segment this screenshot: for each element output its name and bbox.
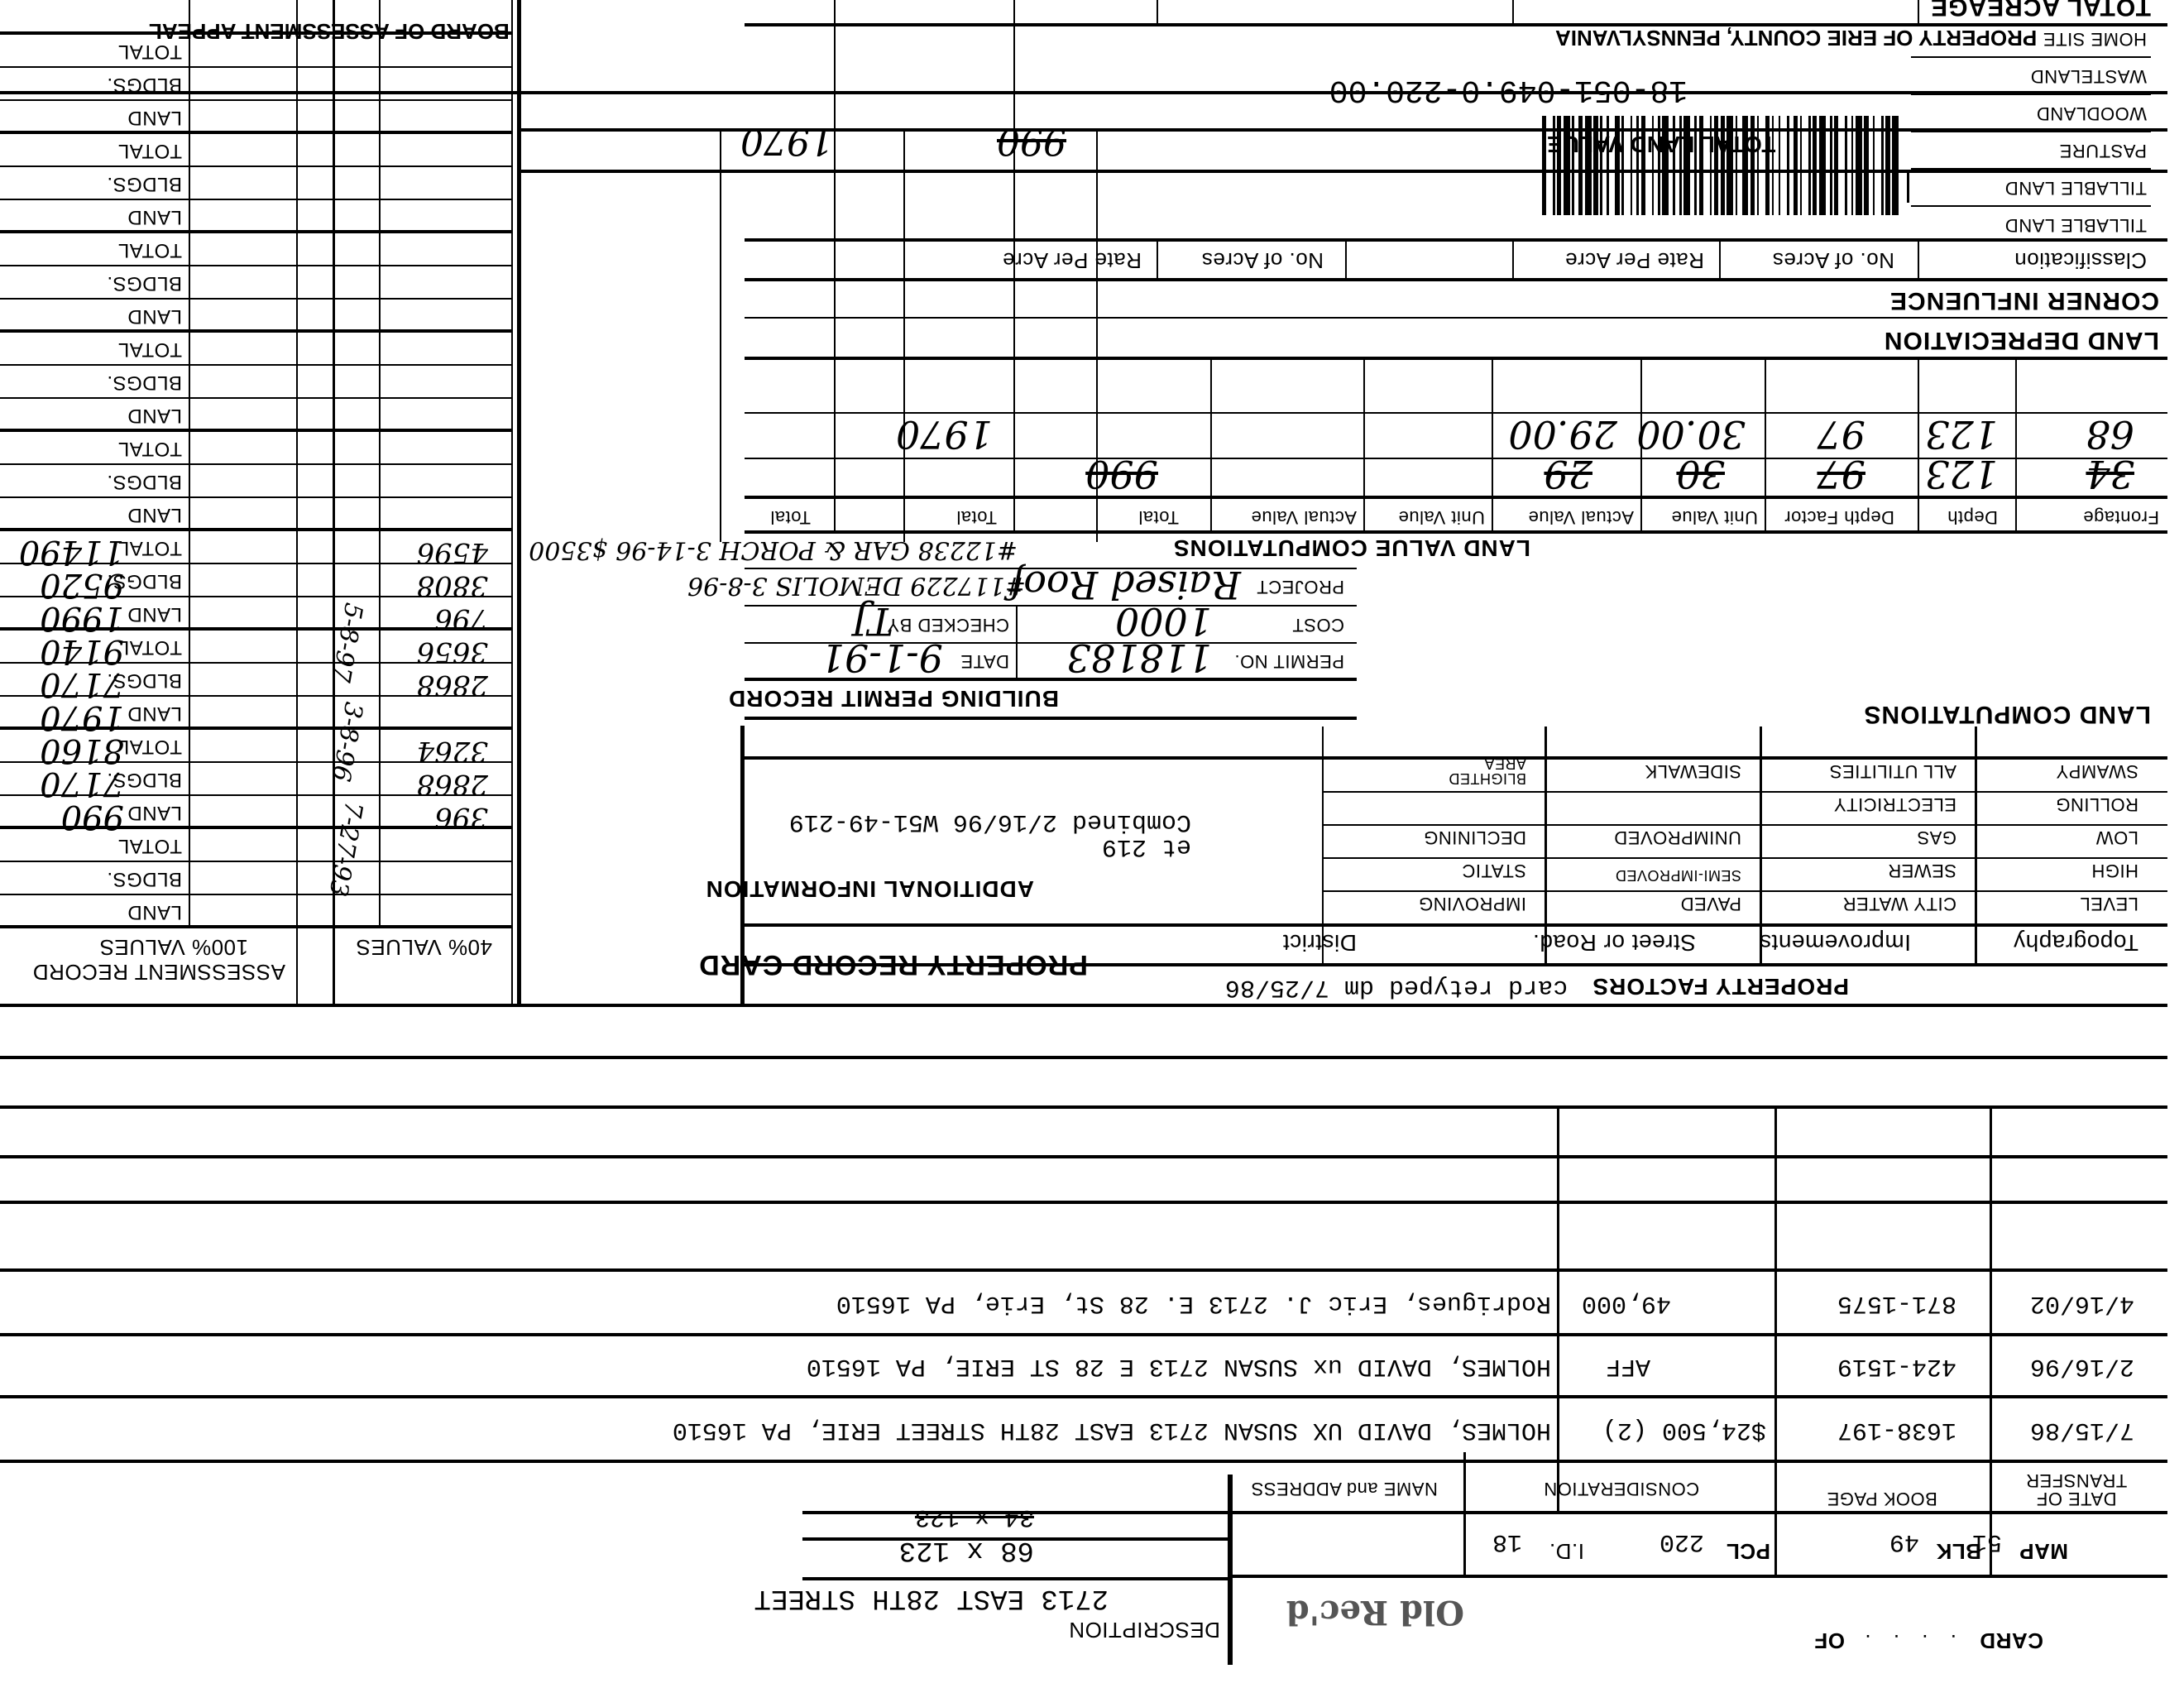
land-depreciation-title: LAND DEPRECIATION xyxy=(1884,326,2159,354)
rule xyxy=(802,1511,2167,1514)
rule xyxy=(745,357,2167,360)
rule xyxy=(296,0,298,1007)
rule xyxy=(1765,360,1766,534)
rule xyxy=(0,329,513,333)
rule xyxy=(0,199,513,200)
district-improving[interactable]: IMPROVING xyxy=(1419,893,1526,914)
rule xyxy=(0,131,513,134)
assessment-date: 7-27-93 xyxy=(323,799,368,899)
rule xyxy=(0,265,513,266)
lv-row2-depth-factor: 97 xyxy=(1817,412,1865,457)
rule xyxy=(1492,360,1493,534)
assessment-100-value: 7170 xyxy=(40,665,124,703)
assessment-divider xyxy=(517,0,521,1007)
lv-header-unit-value-2: Unit Value xyxy=(1398,506,1485,528)
pcl-value: 220 xyxy=(1660,1527,1704,1556)
rule xyxy=(745,458,2167,459)
assessment-row-label: TOTAL xyxy=(117,338,182,361)
assessment-row-label: LAND xyxy=(127,900,182,923)
rule xyxy=(0,1056,2167,1059)
rule xyxy=(1918,0,1919,26)
blk-label: BLK xyxy=(1936,1538,1981,1564)
building-permit-title: BUILDING PERMIT RECORD xyxy=(728,685,1059,712)
transfer-row-3-name: Rodrigues, Eric J. 2713 E. 28 St, Erie, … xyxy=(836,1289,1551,1317)
topo-low[interactable]: LOW xyxy=(2095,827,2138,848)
rule xyxy=(1512,0,1514,26)
rule xyxy=(0,1201,2167,1204)
retyped-note: card retyped dm 7/25/86 xyxy=(1225,973,1568,1001)
rule xyxy=(1975,727,1977,966)
acreage-row-tillable-1: TILLABLE LAND xyxy=(2004,214,2147,236)
assessment-row-label: LAND xyxy=(127,205,182,228)
rule xyxy=(0,66,513,68)
transfer-name-header: NAME and ADDRESS xyxy=(1233,1478,1456,1499)
land-computations-title: LAND COMPUTATIONS xyxy=(1863,700,2151,728)
transfer-row-2-bookpage: 424-1519 xyxy=(1837,1352,1956,1380)
id-label: I.D. xyxy=(1549,1538,1584,1564)
transfer-row-3-date: 4/16/02 xyxy=(2030,1289,2134,1317)
rule xyxy=(1911,56,2151,58)
card-of-label: OF xyxy=(1814,1628,1845,1653)
permit-checked-label: CHECKED BY xyxy=(887,614,1009,635)
rule xyxy=(0,1395,2167,1398)
rule xyxy=(0,463,513,465)
property-record-card: CARD OF . . . . Old Rec'd DESCRIPTION 27… xyxy=(0,0,2184,1688)
rule xyxy=(0,925,513,928)
street-semi-improved[interactable]: SEMI-IMPROVED xyxy=(1615,866,1741,884)
assessment-row-label: TOTAL xyxy=(117,635,182,659)
acreage-row-tillable-2: TILLABLE LAND xyxy=(2004,177,2147,199)
rule xyxy=(1324,890,2167,892)
rule xyxy=(745,923,1357,927)
card-dots: . . . . xyxy=(1856,1629,1956,1655)
assessment-40-value: 3264 xyxy=(416,735,488,768)
rule xyxy=(1918,242,1919,281)
assessment-40-value: 3656 xyxy=(416,635,488,669)
permit-no-label: PERMIT NO. xyxy=(1234,650,1344,672)
assessment-row-label: BLDGS. xyxy=(107,371,182,394)
description-label: DESCRIPTION xyxy=(1069,1617,1220,1642)
id-value: 18 xyxy=(1492,1527,1522,1556)
assessment-100-value: 990 xyxy=(61,798,124,836)
lv-header-actual-value-2: Actual Value xyxy=(1251,506,1357,528)
rule xyxy=(0,861,513,862)
lv-header-actual-value: Actual Value xyxy=(1528,506,1634,528)
assessment-40-value: 396 xyxy=(434,801,488,834)
lv-row2-actual-value: 29.00 xyxy=(1508,412,1617,457)
impr-electricity[interactable]: ELECTRICITY xyxy=(1833,794,1956,815)
impr-city-water[interactable]: CITY WATER xyxy=(1842,893,1956,914)
assessment-row-label: BLDGS. xyxy=(107,470,182,493)
rule xyxy=(745,642,1357,644)
acreage-header-acres-1: No. of Acres xyxy=(1772,247,1894,273)
assessment-row-label: BLDGS. xyxy=(107,172,182,195)
rule xyxy=(1774,1109,1777,1514)
transfer-row-2-name: HOLMES, DAVID ux SUSAN 2713 E 28 ST ERIE… xyxy=(807,1352,1551,1380)
assessment-row-label: BLDGS. xyxy=(107,73,182,96)
acreage-row-pasture: PASTURE xyxy=(2059,140,2147,161)
property-record-card-title: PROPERTY RECORD CARD xyxy=(698,948,1088,981)
description-dims-old: 34 x 123 xyxy=(915,1503,1034,1531)
rule xyxy=(0,1460,2167,1463)
barcode-text: 18-051-049.0-220.00 xyxy=(1329,72,1688,108)
topo-high[interactable]: HIGH xyxy=(2091,860,2138,881)
street-unimproved[interactable]: UNIMPROVED xyxy=(1614,827,1741,848)
assessment-row-label: LAND xyxy=(127,404,182,427)
permit-note-2: #12238 GAR & PORCH 3-14-96 $3500 xyxy=(529,535,1018,564)
transfer-row-2-date: 2/16/96 xyxy=(2030,1352,2134,1380)
rule xyxy=(745,278,2167,281)
topo-swampy[interactable]: SWAMPY xyxy=(2056,760,2138,782)
rule xyxy=(1990,1109,1992,1514)
rule xyxy=(1463,1452,1466,1576)
col-100-values: 100% VALUES xyxy=(99,934,248,960)
rule xyxy=(745,23,2167,26)
acreage-row-woodland: WOODLAND xyxy=(2036,103,2147,124)
assessment-100-value: 8160 xyxy=(40,731,124,770)
col-improvements: Improvements xyxy=(1760,929,1911,956)
assessment-row-label: TOTAL xyxy=(117,139,182,162)
assessment-40-value: 4596 xyxy=(416,536,488,569)
transfer-consideration-header: CONSIDERATION xyxy=(1468,1478,1774,1499)
map-label: MAP xyxy=(2019,1538,2068,1564)
transfer-row-3-consideration: 49,000 xyxy=(1582,1289,1671,1317)
transfer-bookpage-header: BOOK PAGE xyxy=(1787,1489,1977,1508)
assessment-100-value: 1970 xyxy=(40,698,124,736)
rule xyxy=(745,317,2167,319)
rule xyxy=(1911,205,2151,207)
assessment-row-label: TOTAL xyxy=(117,834,182,857)
additional-info-line-2: Combined 2/16/96 W51-49-219 xyxy=(789,808,1191,836)
rule xyxy=(0,364,513,366)
permit-cost-label: COST xyxy=(1292,614,1344,635)
impr-all-utilities[interactable]: ALL UTILITIES xyxy=(1829,760,1956,782)
col-topography: Topography xyxy=(2014,929,2138,956)
rule xyxy=(1157,0,1158,26)
district-declining[interactable]: DECLINING xyxy=(1424,827,1526,848)
rule xyxy=(2015,360,2017,534)
col-40-values: 40% VALUES xyxy=(356,934,492,960)
card-label: CARD xyxy=(1980,1628,2043,1653)
assessment-row-label: BLDGS. xyxy=(107,271,182,295)
assessment-100-value: 9520 xyxy=(40,566,124,604)
assessment-row-label: LAND xyxy=(127,702,182,725)
rule xyxy=(0,31,513,35)
rule xyxy=(0,894,513,895)
lv-header-total-3: Total xyxy=(770,506,811,528)
rule xyxy=(1324,857,2167,859)
rule xyxy=(1918,360,1919,534)
rule xyxy=(802,1537,1233,1541)
rule xyxy=(1512,242,1514,281)
lv-header-frontage: Frontage xyxy=(2083,506,2159,528)
assessment-100-value: 7170 xyxy=(40,765,124,803)
rule xyxy=(1719,242,1721,281)
rule xyxy=(745,756,2167,760)
assessment-row-label: LAND xyxy=(127,602,182,626)
assessment-40-value: 2868 xyxy=(416,669,488,702)
blk-value: 49 xyxy=(1889,1527,1919,1556)
description-address: 2713 EAST 28TH STREET xyxy=(754,1582,1109,1614)
rule xyxy=(745,568,1357,569)
assessment-row-label: LAND xyxy=(127,305,182,328)
additional-info-line-1: et 219 xyxy=(1102,832,1191,861)
rule xyxy=(1760,727,1762,966)
rule xyxy=(745,530,2167,534)
rule xyxy=(1911,168,2151,170)
parcel-barcode xyxy=(1245,116,1899,215)
lv-header-total-2: Total xyxy=(956,506,997,528)
transfer-row-1-date: 7/15/86 xyxy=(2030,1416,2134,1444)
rule xyxy=(834,0,836,534)
rule xyxy=(0,99,513,101)
rule xyxy=(1345,242,1347,281)
assessment-row-label: TOTAL xyxy=(117,437,182,460)
assessment-row-label: LAND xyxy=(127,106,182,129)
assessment-row-label: TOTAL xyxy=(117,40,182,63)
land-value-computations-title: LAND VALUE COMPUTATIONS xyxy=(1173,535,1530,561)
col-street: Street or Road. xyxy=(1533,929,1696,956)
assessment-100-value: 1990 xyxy=(40,599,124,637)
district-static[interactable]: STATIC xyxy=(1462,860,1526,881)
assessment-40-value: 2868 xyxy=(416,768,488,801)
rule xyxy=(1557,1109,1559,1514)
rule xyxy=(0,1004,2167,1007)
rule xyxy=(1911,94,2151,95)
street-paved[interactable]: PAVED xyxy=(1680,893,1741,914)
rule xyxy=(0,528,513,531)
rule xyxy=(1016,607,1018,681)
permit-note-1: #117229 DEMOLIS 3-8-96 xyxy=(687,571,1026,600)
acreage-header-classification: Classification xyxy=(2014,247,2147,273)
property-factors-title: PROPERTY FACTORS xyxy=(1592,973,1849,1000)
lv-row2-unit-value: 30.00 xyxy=(1636,412,1746,457)
acreage-header-rate-1: Rate Per Acre xyxy=(1565,247,1704,273)
transfer-row-1-bookpage: 1638-197 xyxy=(1837,1416,1956,1444)
assessment-100-value: 9140 xyxy=(40,632,124,670)
permit-project-value: Raised Roof xyxy=(1009,563,1241,607)
rule xyxy=(0,165,513,167)
rule xyxy=(1911,131,2151,132)
assessment-100-value: 11490 xyxy=(19,533,124,571)
assessment-row-label: LAND xyxy=(127,503,182,526)
additional-info-title: ADDITIONAL INFORMATION xyxy=(706,875,1034,902)
rule xyxy=(0,397,513,399)
lv-row2-frontage: 68 xyxy=(2086,412,2134,457)
topo-rolling[interactable]: ROLLING xyxy=(2056,794,2138,815)
rule xyxy=(745,412,2167,414)
assessment-40-value: 796 xyxy=(434,602,488,635)
rule xyxy=(0,429,513,432)
assessment-40-value: 3808 xyxy=(416,569,488,602)
acreage-header-acres-2: No. of Acres xyxy=(1201,247,1324,273)
rule xyxy=(0,496,513,498)
rule xyxy=(1210,360,1212,534)
impr-gas[interactable]: GAS xyxy=(1917,827,1956,848)
acreage-row-home-site: HOME SITE xyxy=(2043,28,2147,50)
lv-header-depth: Depth xyxy=(1947,506,1998,528)
impr-sewer[interactable]: SEWER xyxy=(1888,860,1956,881)
assessment-row-label: TOTAL xyxy=(117,238,182,261)
acreage-header-rate-2: Rate Per Acre xyxy=(1003,247,1142,273)
received-stamp: Old Rec'd xyxy=(1286,1593,1464,1632)
rule xyxy=(0,298,513,300)
lv-row2-depth: 123 xyxy=(1925,412,1998,457)
topo-level[interactable]: LEVEL xyxy=(2080,893,2138,914)
corner-influence-title: CORNER INFLUENCE xyxy=(1889,286,2159,314)
acreage-row-wasteland: WASTELAND xyxy=(2030,65,2147,87)
transfer-row-1-consideration: $24,500 (2) xyxy=(1602,1416,1766,1444)
rule xyxy=(745,717,1357,720)
assessment-row-label: TOTAL xyxy=(117,536,182,559)
rule xyxy=(0,1268,2167,1272)
transfer-row-2-consideration: AFF xyxy=(1606,1352,1650,1380)
assessment-row-label: BLDGS. xyxy=(107,867,182,890)
rule xyxy=(802,1577,1233,1580)
assessment-row-label: LAND xyxy=(127,801,182,824)
total-acreage-label: TOTAL ACREAGE xyxy=(1930,0,2151,21)
rule xyxy=(0,230,513,233)
rule xyxy=(1545,727,1547,966)
assessment-record-title: ASSESSMENT RECORD xyxy=(32,959,285,985)
rule xyxy=(745,238,2167,242)
transfer-row-1-name: HOLMES, DAVID UX SUSAN 2713 EAST 28TH ST… xyxy=(673,1416,1551,1444)
rule xyxy=(1157,242,1158,281)
pcl-label: PCL xyxy=(1727,1538,1771,1564)
district-blighted[interactable]: BLIGHTED AREA xyxy=(1427,756,1526,786)
lv-header-unit-value: Unit Value xyxy=(1671,506,1758,528)
rule xyxy=(1363,360,1365,534)
assessment-row-label: TOTAL xyxy=(117,735,182,758)
rule xyxy=(1324,824,2167,826)
transfer-date-header: DATE OF TRANSFER xyxy=(1998,1471,2155,1508)
col-district: District xyxy=(1282,929,1357,956)
lv-header-depth-factor: Depth Factor xyxy=(1784,506,1894,528)
description-divider xyxy=(1228,1475,1233,1665)
transfer-row-3-bookpage: 871-1575 xyxy=(1837,1289,1956,1317)
rule xyxy=(0,1155,2167,1158)
rule xyxy=(0,1333,2167,1336)
permit-date-label: DATE xyxy=(960,650,1009,672)
rule xyxy=(0,1105,2167,1109)
rule xyxy=(1324,791,2167,793)
permit-project-label: PROJECT xyxy=(1257,576,1344,597)
rule xyxy=(1322,727,1324,966)
lv-row2-total: 1970 xyxy=(896,412,993,457)
rule xyxy=(511,0,513,1007)
street-sidewalk[interactable]: SIDEWALK xyxy=(1645,760,1741,782)
lv-header-total-1: Total xyxy=(1138,506,1179,528)
rule xyxy=(1233,1575,2167,1578)
